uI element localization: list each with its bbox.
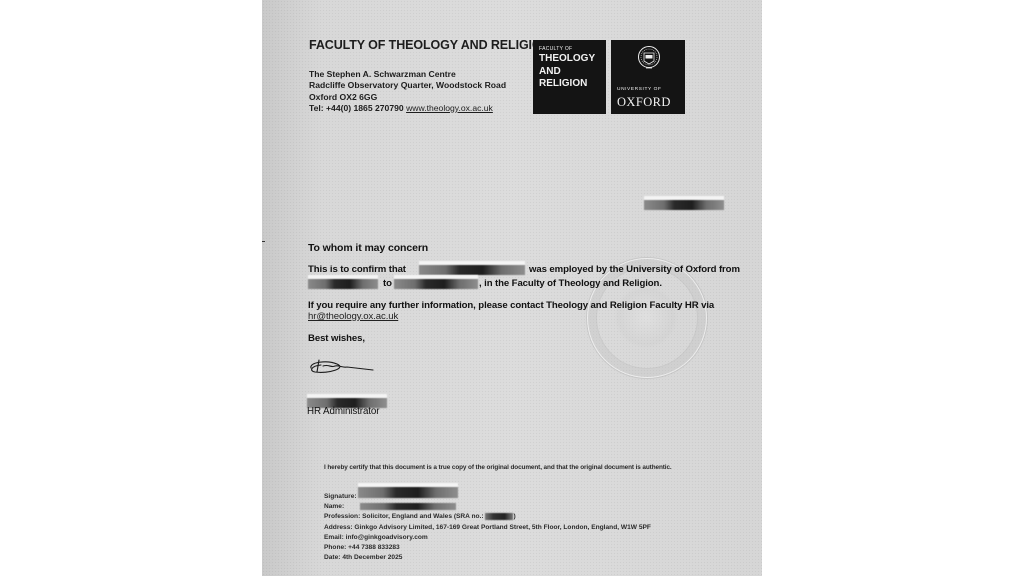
faculty-title: FACULTY OF THEOLOGY AND RELIGION xyxy=(309,38,550,52)
address-line: Radcliffe Observatory Quarter, Woodstock… xyxy=(309,80,506,91)
certification-statement: I hereby certify that this document is a… xyxy=(324,464,672,471)
name-label: Name: xyxy=(324,502,651,512)
confirmation-line-1: This is to confirm that was employed by … xyxy=(308,264,406,275)
margin-mark xyxy=(262,241,265,242)
faculty-logo: FACULTY OF THEOLOGY AND RELIGION xyxy=(533,40,606,114)
oxford-crest-icon xyxy=(636,45,662,71)
redacted-end-date xyxy=(394,279,478,289)
confirmation-line-2: to , in the Faculty of Theology and Reli… xyxy=(308,278,728,290)
contact-paragraph: If you require any further information, … xyxy=(308,300,714,311)
faculty-text: , in the Faculty of Theology and Religio… xyxy=(479,278,662,289)
faculty-address: The Stephen A. Schwarzman Centre Radclif… xyxy=(309,69,506,114)
address-line: Address: Ginkgo Advisory Limited, 167-16… xyxy=(324,523,651,533)
faculty-logo-small: FACULTY OF xyxy=(539,46,572,52)
redacted-start-date xyxy=(308,279,378,289)
profession-line: Profession: Solicitor, England and Wales… xyxy=(324,512,651,522)
phone-line: Phone: +44 7388 833283 xyxy=(324,543,651,553)
faculty-logo-text: THEOLOGY AND RELIGION xyxy=(539,53,595,91)
logo-line: THEOLOGY xyxy=(539,53,595,66)
handwritten-signature xyxy=(307,356,377,378)
address-line: Oxford OX2 6GG xyxy=(309,92,506,103)
logo-line: RELIGION xyxy=(539,78,595,91)
embossed-seal xyxy=(587,258,707,378)
to-text: to xyxy=(383,278,392,289)
closing: Best wishes, xyxy=(308,333,365,344)
logo-line: AND xyxy=(539,66,595,79)
confirm-text: This is to confirm that xyxy=(308,264,406,275)
hr-email-link[interactable]: hr@theology.ox.ac.uk xyxy=(308,311,398,322)
redacted-employee-name xyxy=(419,265,525,275)
signatory-title: HR Administrator xyxy=(307,406,379,417)
email-line: Email: info@ginkgoadvisory.com xyxy=(324,533,651,543)
redacted-date xyxy=(644,200,724,210)
university-logo: UNIVERSITY OF OXFORD xyxy=(611,40,685,114)
telephone: Tel: +44(0) 1865 270790 xyxy=(309,103,404,113)
address-line: The Stephen A. Schwarzman Centre xyxy=(309,69,506,80)
employed-text: was employed by the University of Oxford… xyxy=(529,264,740,275)
contact-line: Tel: +44(0) 1865 270790 www.theology.ox.… xyxy=(309,103,506,114)
signature-label: Signature: xyxy=(324,492,651,502)
profession-close: ) xyxy=(513,513,515,520)
profession-text: Profession: Solicitor, England and Wales… xyxy=(324,513,484,520)
hr-email-wrap: hr@theology.ox.ac.uk xyxy=(308,311,398,322)
date-line: Date: 4th December 2025 xyxy=(324,553,651,563)
website-link[interactable]: www.theology.ox.ac.uk xyxy=(406,103,493,113)
oxford-wordmark: OXFORD xyxy=(617,95,671,110)
salutation: To whom it may concern xyxy=(308,242,428,254)
certifier-details: Signature: Name: Profession: Solicitor, … xyxy=(324,492,651,563)
scanned-letter-page: FACULTY OF THEOLOGY AND RELIGION The Ste… xyxy=(262,0,762,576)
university-of-label: UNIVERSITY OF xyxy=(617,87,662,92)
seal-emblem xyxy=(614,285,678,349)
redacted-sra-number xyxy=(485,513,513,520)
